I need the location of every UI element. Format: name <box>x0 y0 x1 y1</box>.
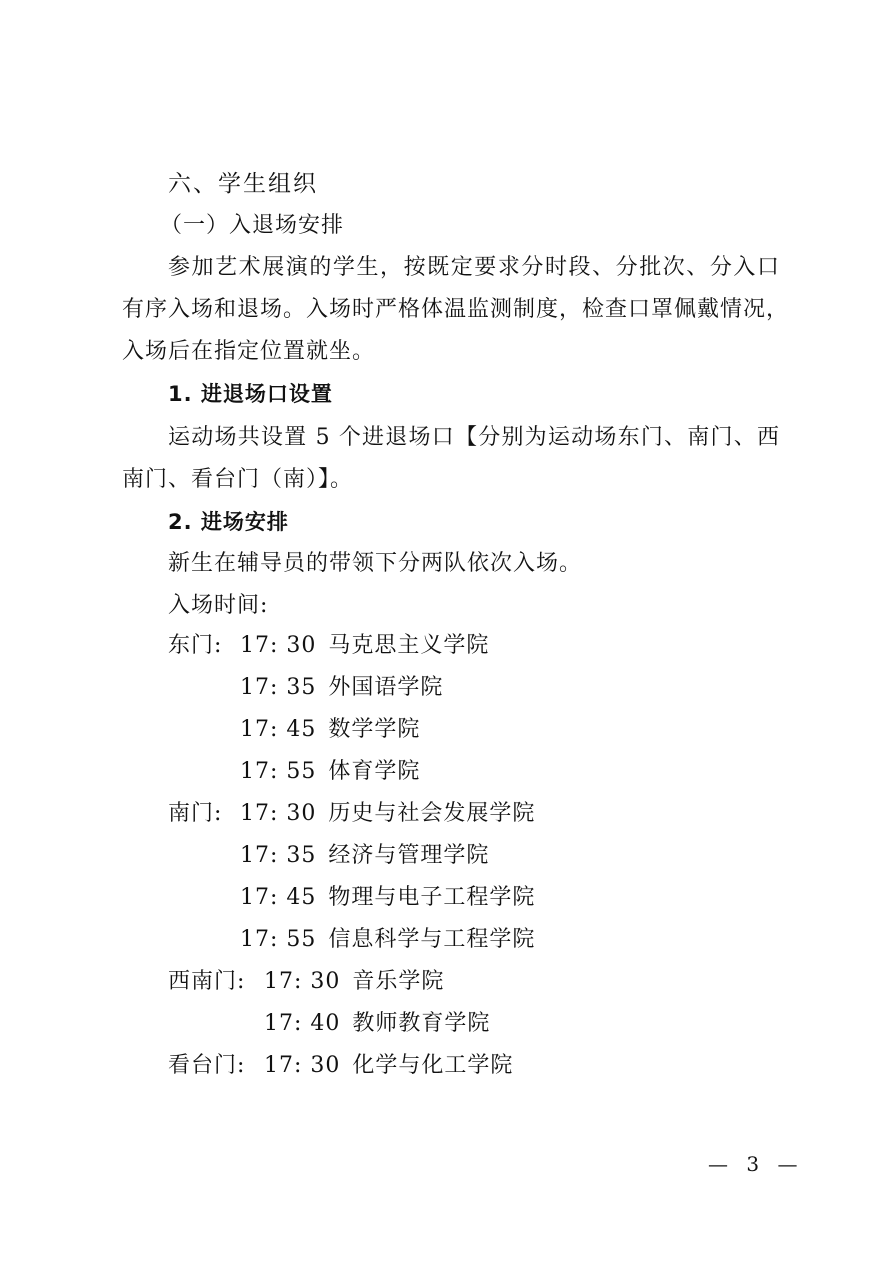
schedule-row: 南门:17: 30历史与社会发展学院 <box>168 800 535 828</box>
item1-title: 1. 进退场口设置 <box>168 380 333 408</box>
schedule-row: 17: 35经济与管理学院 <box>168 842 489 870</box>
section-title: 六、学生组织 <box>168 170 318 198</box>
intro-paragraph-line3: 入场后在指定位置就坐。 <box>122 338 375 366</box>
subsection-title: （一）入退场安排 <box>160 212 344 240</box>
schedule-row: 17: 45数学学院 <box>168 716 420 744</box>
college-name: 体育学院 <box>328 759 420 784</box>
gate-label: 看台门: <box>168 1052 264 1080</box>
entry-time: 17: 30 <box>240 800 316 828</box>
entry-time: 17: 55 <box>240 926 316 954</box>
intro-paragraph-line2: 有序入场和退场。入场时严格体温监测制度，检查口罩佩戴情况， <box>122 296 780 324</box>
schedule-row: 西南门:17: 30音乐学院 <box>168 968 444 996</box>
item2-line1: 新生在辅导员的带领下分两队依次入场。 <box>168 550 582 578</box>
entry-time-label: 入场时间: <box>168 592 268 620</box>
college-name: 历史与社会发展学院 <box>328 801 535 826</box>
entry-time: 17: 45 <box>240 716 316 744</box>
schedule-row: 17: 40教师教育学院 <box>168 1010 490 1038</box>
college-name: 马克思主义学院 <box>328 633 489 658</box>
entry-time: 17: 35 <box>240 842 316 870</box>
college-name: 经济与管理学院 <box>328 843 489 868</box>
schedule-row: 看台门:17: 30化学与化工学院 <box>168 1052 513 1080</box>
schedule-row: 17: 45物理与电子工程学院 <box>168 884 535 912</box>
college-name: 音乐学院 <box>352 969 444 994</box>
item2-title: 2. 进场安排 <box>168 508 289 536</box>
schedule-row: 17: 55信息科学与工程学院 <box>168 926 535 954</box>
intro-paragraph-line1: 参加艺术展演的学生，按既定要求分时段、分批次、分入口 <box>168 254 780 282</box>
item1-line2: 南门、看台门（南）】。 <box>122 466 353 494</box>
college-name: 外国语学院 <box>328 675 443 700</box>
entry-time: 17: 45 <box>240 884 316 912</box>
entry-time: 17: 30 <box>264 1052 340 1080</box>
schedule-row: 东门:17: 30马克思主义学院 <box>168 632 489 660</box>
entry-time: 17: 30 <box>240 632 316 660</box>
entry-time: 17: 30 <box>264 968 340 996</box>
college-name: 教师教育学院 <box>352 1011 490 1036</box>
schedule-row: 17: 35外国语学院 <box>168 674 443 702</box>
gate-label: 东门: <box>168 632 240 660</box>
gate-label: 南门: <box>168 800 240 828</box>
college-name: 化学与化工学院 <box>352 1053 513 1078</box>
entry-time: 17: 35 <box>240 674 316 702</box>
entry-time: 17: 55 <box>240 758 316 786</box>
page-number: — 3 — <box>708 1152 803 1176</box>
college-name: 信息科学与工程学院 <box>328 927 535 952</box>
item1-line1: 运动场共设置 5 个进退场口【分别为运动场东门、南门、西 <box>168 424 780 452</box>
college-name: 数学学院 <box>328 717 420 742</box>
entry-time: 17: 40 <box>264 1010 340 1038</box>
gate-label: 西南门: <box>168 968 264 996</box>
schedule-row: 17: 55体育学院 <box>168 758 420 786</box>
college-name: 物理与电子工程学院 <box>328 885 535 910</box>
